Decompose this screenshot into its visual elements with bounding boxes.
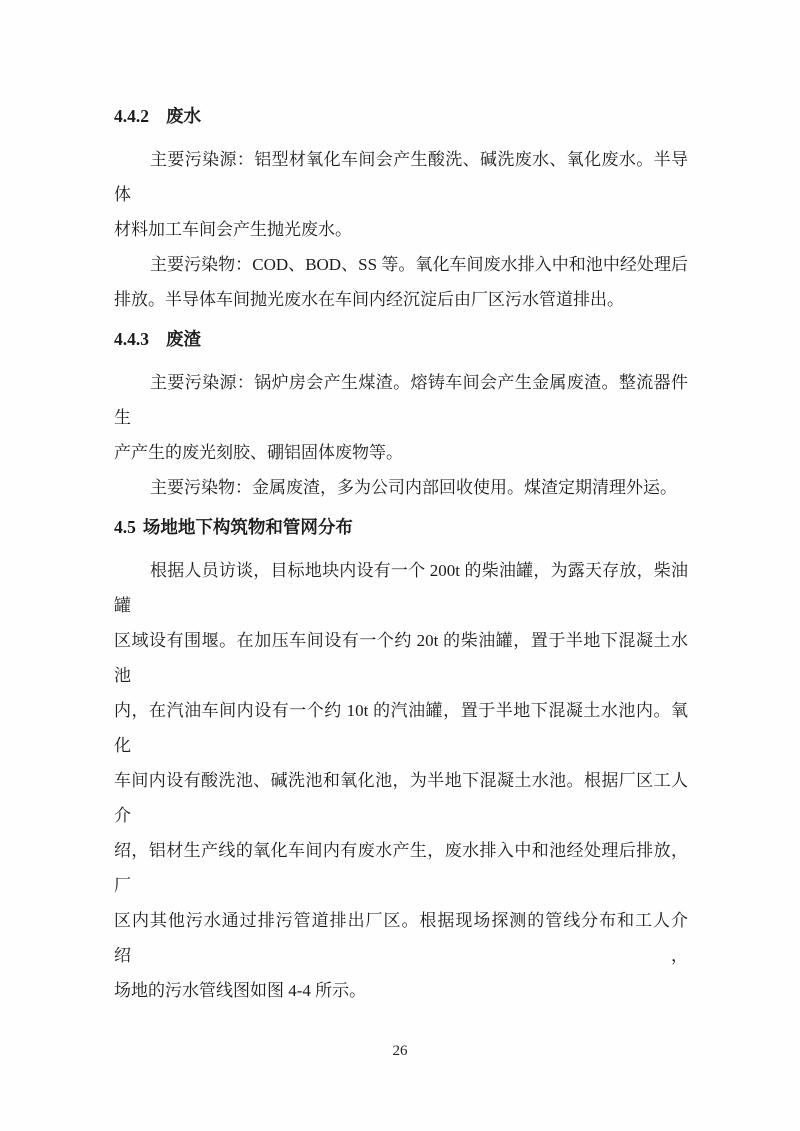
text-line: 材料加工车间会产生抛光废水。 — [114, 212, 688, 247]
section-title: 场地地下构筑物和管网分布 — [143, 517, 353, 537]
text-line: 主要污染物：COD、BOD、SS 等。氧化车间废水排入中和池中经处理后 — [114, 247, 688, 282]
document-page: 4.4.2废水 主要污染源：铝型材氧化车间会产生酸洗、碱洗废水、氧化废水。半导体… — [0, 0, 800, 1131]
text-line: 主要污染源：铝型材氧化车间会产生酸洗、碱洗废水、氧化废水。半导体 — [114, 142, 688, 212]
paragraph: 根据人员访谈，目标地块内设有一个 200t 的柴油罐，为露天存放，柴油罐 区域设… — [114, 553, 688, 1008]
text-line: 产产生的废光刻胶、硼铝固体废物等。 — [114, 435, 688, 470]
paragraph: 主要污染物：COD、BOD、SS 等。氧化车间废水排入中和池中经处理后 排放。半… — [114, 247, 688, 317]
text-line: 主要污染物：金属废渣，多为公司内部回收使用。煤渣定期清理外运。 — [114, 470, 688, 505]
section-number: 4.4.3 — [114, 329, 149, 349]
text-line: 区域设有围堰。在加压车间设有一个约 20t 的柴油罐，置于半地下混凝土水池 — [114, 623, 688, 693]
section-number: 4.4.2 — [114, 106, 149, 126]
text-line: 区内其他污水通过排污管道排出厂区。根据现场探测的管线分布和工人介绍， — [114, 903, 688, 973]
paragraph: 主要污染源：铝型材氧化车间会产生酸洗、碱洗废水、氧化废水。半导体 材料加工车间会… — [114, 142, 688, 247]
page-number: 26 — [0, 1042, 800, 1060]
text-line: 绍，铝材生产线的氧化车间内有废水产生，废水排入中和池经处理后排放，厂 — [114, 833, 688, 903]
section-heading-4-4-3: 4.4.3废渣 — [114, 322, 688, 357]
document-body: 4.4.2废水 主要污染源：铝型材氧化车间会产生酸洗、碱洗废水、氧化废水。半导体… — [114, 99, 688, 1008]
section-title: 废渣 — [166, 329, 201, 349]
text-line: 场地的污水管线图如图 4-4 所示。 — [114, 973, 688, 1008]
paragraph: 主要污染物：金属废渣，多为公司内部回收使用。煤渣定期清理外运。 — [114, 470, 688, 505]
text-line: 内，在汽油车间内设有一个约 10t 的汽油罐，置于半地下混凝土水池内。氧化 — [114, 693, 688, 763]
text-line: 主要污染源：锅炉房会产生煤渣。熔铸车间会产生金属废渣。整流器件生 — [114, 365, 688, 435]
section-number: 4.5 — [114, 517, 136, 537]
text-line: 排放。半导体车间抛光废水在车间内经沉淀后由厂区污水管道排出。 — [114, 282, 688, 317]
text-line: 根据人员访谈，目标地块内设有一个 200t 的柴油罐，为露天存放，柴油罐 — [114, 553, 688, 623]
section-heading-4-5: 4.5场地地下构筑物和管网分布 — [114, 510, 688, 545]
section-heading-4-4-2: 4.4.2废水 — [114, 99, 688, 134]
paragraph: 主要污染源：锅炉房会产生煤渣。熔铸车间会产生金属废渣。整流器件生 产产生的废光刻… — [114, 365, 688, 470]
text-line: 车间内设有酸洗池、碱洗池和氧化池，为半地下混凝土水池。根据厂区工人介 — [114, 763, 688, 833]
section-title: 废水 — [166, 106, 201, 126]
